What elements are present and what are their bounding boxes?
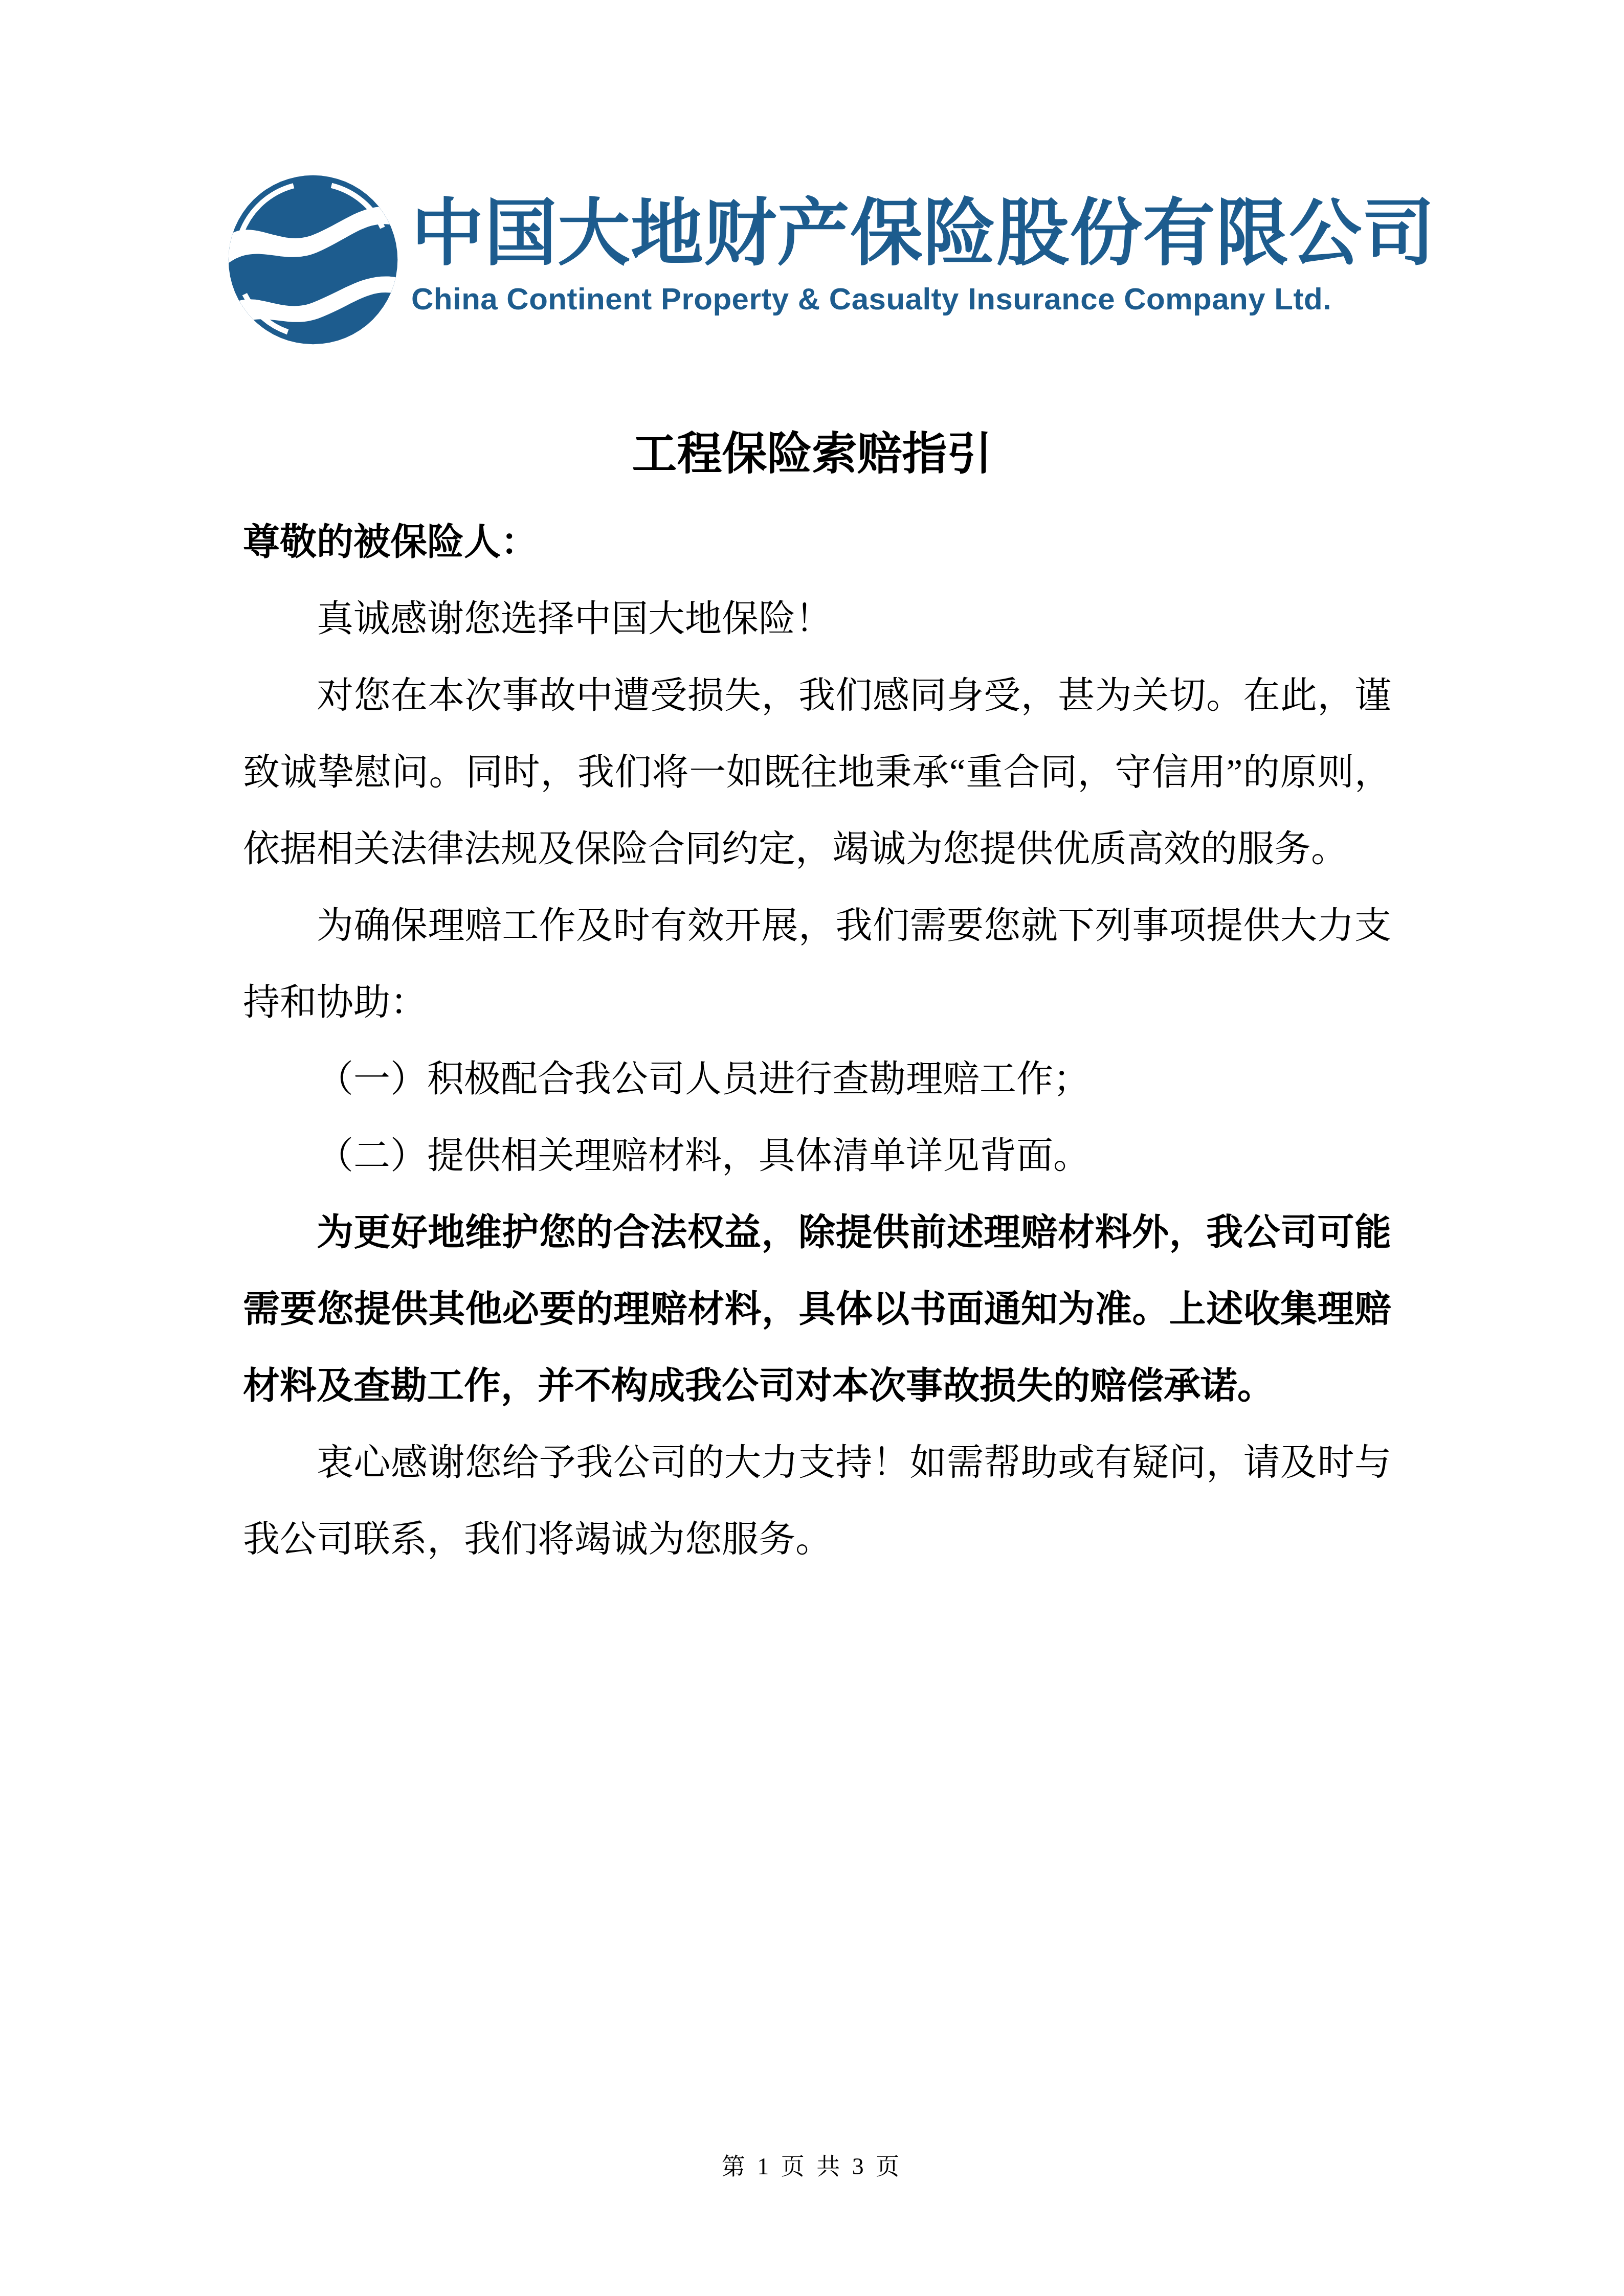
document-page: 中国大地财产保险股份有限公司 China Continent Property … — [0, 0, 1624, 2296]
list-item-1: （一）积极配合我公司人员进行查勘理赔工作； — [243, 1041, 1391, 1117]
page-number: 第 1 页 共 3 页 — [0, 2148, 1624, 2181]
company-name-en: China Continent Property & Casualty Insu… — [411, 284, 1435, 314]
globe-wave-icon — [224, 169, 402, 351]
paragraph-notice-bold: 为更好地维护您的合法权益，除提供前述理赔材料外，我公司可能需要您提供其他必要的理… — [243, 1194, 1391, 1424]
paragraph-closing: 衷心感谢您给予我公司的大力支持！如需帮助或有疑问，请及时与我公司联系，我们将竭诚… — [243, 1424, 1391, 1578]
company-name-block: 中国大地财产保险股份有限公司 China Continent Property … — [411, 169, 1435, 314]
company-logo: 中国大地财产保险股份有限公司 China Continent Property … — [224, 169, 1435, 351]
document-body: 尊敬的被保险人： 真诚感谢您选择中国大地保险！ 对您在本次事故中遭受损失，我们感… — [243, 504, 1391, 1578]
paragraph-thanks: 真诚感谢您选择中国大地保险！ — [243, 580, 1391, 657]
company-name-cn: 中国大地财产保险股份有限公司 — [411, 195, 1435, 272]
document-title: 工程保险索赔指引 — [0, 425, 1624, 484]
list-item-2: （二）提供相关理赔材料，具体清单详见背面。 — [243, 1117, 1391, 1194]
salutation: 尊敬的被保险人： — [243, 504, 1391, 580]
paragraph-condolence: 对您在本次事故中遭受损失，我们感同身受，甚为关切。在此，谨致诚挚慰问。同时，我们… — [243, 657, 1391, 887]
paragraph-request: 为确保理赔工作及时有效开展，我们需要您就下列事项提供大力支持和协助： — [243, 887, 1391, 1041]
